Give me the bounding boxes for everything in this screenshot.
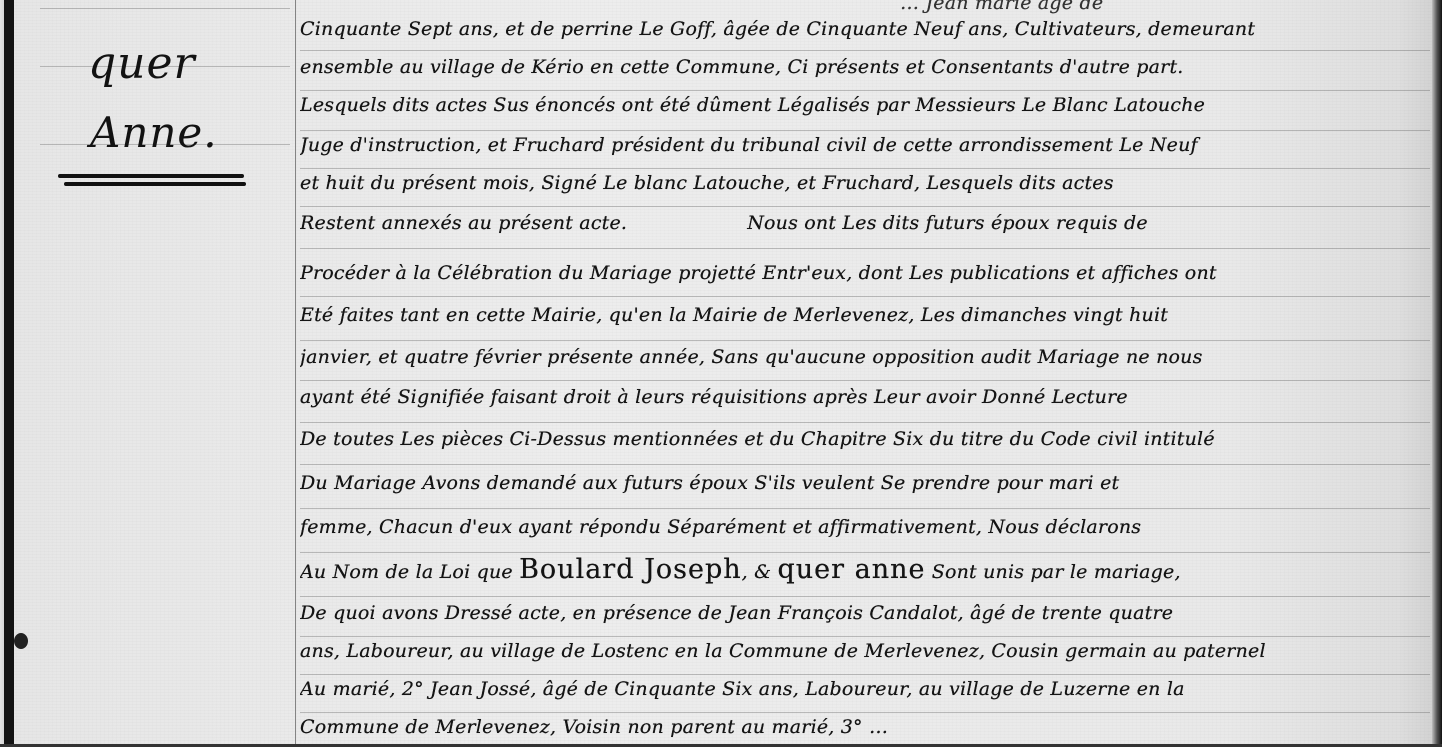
margin-rule bbox=[295, 0, 296, 747]
record-line-2: ensemble au village de Kério en cette Co… bbox=[300, 56, 1428, 78]
margin-double-rule-top bbox=[58, 174, 244, 178]
record-line-1: Cinquante Sept ans, et de perrine Le Gof… bbox=[300, 18, 1428, 40]
ruled-line bbox=[300, 464, 1430, 465]
ink-blot bbox=[14, 633, 28, 649]
margin-double-rule-bottom bbox=[64, 182, 246, 186]
ruled-line bbox=[300, 50, 1430, 51]
ruled-line bbox=[40, 8, 290, 9]
binding-shadow-left bbox=[4, 0, 14, 747]
record-line-15: De quoi avons Dressé acte, en présence d… bbox=[300, 602, 1428, 624]
ruled-line bbox=[300, 340, 1430, 341]
record-line-12: Du Mariage Avons demandé aux futurs épou… bbox=[300, 472, 1428, 494]
ruled-line bbox=[300, 508, 1430, 509]
record-line-6: Restent annexés au présent acte.Nous ont… bbox=[300, 212, 1428, 234]
record-line-5: et huit du présent mois, Signé Le blanc … bbox=[300, 172, 1428, 194]
ruled-line bbox=[300, 380, 1430, 381]
record-line-3: Lesquels dits actes Sus énoncés ont été … bbox=[300, 94, 1428, 116]
ruled-line bbox=[300, 168, 1430, 169]
ruled-line bbox=[300, 552, 1430, 553]
record-line-17: Au marié, 2° Jean Jossé, âgé de Cinquant… bbox=[300, 678, 1428, 700]
partial-top-line: … Jean marie âgé de bbox=[900, 0, 1420, 14]
ruled-line bbox=[300, 712, 1430, 713]
bride-name: quer anne bbox=[778, 554, 926, 585]
record-line-16: ans, Laboureur, au village de Lostenc en… bbox=[300, 640, 1428, 662]
ruled-line bbox=[300, 674, 1430, 675]
record-line-6-start: Restent annexés au présent acte. bbox=[300, 212, 627, 234]
record-line-9: janvier, et quatre février présente anné… bbox=[300, 346, 1428, 368]
declaration-prefix: Au Nom de la Loi que bbox=[300, 561, 519, 583]
ruled-line bbox=[300, 596, 1430, 597]
record-line-18: Commune de Merlevenez, Voisin non parent… bbox=[300, 716, 1428, 738]
declaration-suffix: Sont unis par le mariage, bbox=[926, 561, 1181, 583]
record-line-11: De toutes Les pièces Ci-Dessus mentionné… bbox=[300, 428, 1428, 450]
margin-surname: quer bbox=[88, 38, 196, 89]
ruled-line bbox=[300, 248, 1430, 249]
margin-given-name: Anne. bbox=[90, 108, 218, 157]
record-line-13: femme, Chacun d'eux ayant répondu Séparé… bbox=[300, 516, 1428, 538]
register-page: quer Anne. … Jean marie âgé de Cinquante… bbox=[0, 0, 1442, 747]
ruled-line bbox=[300, 130, 1430, 131]
record-line-10: ayant été Signifiée faisant droit à leur… bbox=[300, 386, 1428, 408]
binding-edge-right bbox=[1432, 0, 1442, 747]
record-line-14-declaration: Au Nom de la Loi que Boulard Joseph, & q… bbox=[300, 554, 1428, 585]
ruled-line bbox=[300, 206, 1430, 207]
declaration-conjunction: , & bbox=[742, 561, 778, 583]
record-line-4: Juge d'instruction, et Fruchard présiden… bbox=[300, 134, 1428, 156]
ruled-line bbox=[300, 422, 1430, 423]
ruled-line bbox=[300, 636, 1430, 637]
record-line-8: Eté faites tant en cette Mairie, qu'en l… bbox=[300, 304, 1428, 326]
ruled-line bbox=[300, 90, 1430, 91]
record-line-7: Procéder à la Célébration du Mariage pro… bbox=[300, 262, 1428, 284]
ruled-line bbox=[300, 296, 1430, 297]
groom-name: Boulard Joseph bbox=[519, 554, 742, 585]
record-line-6-continuation: Nous ont Les dits futurs époux requis de bbox=[747, 212, 1148, 234]
